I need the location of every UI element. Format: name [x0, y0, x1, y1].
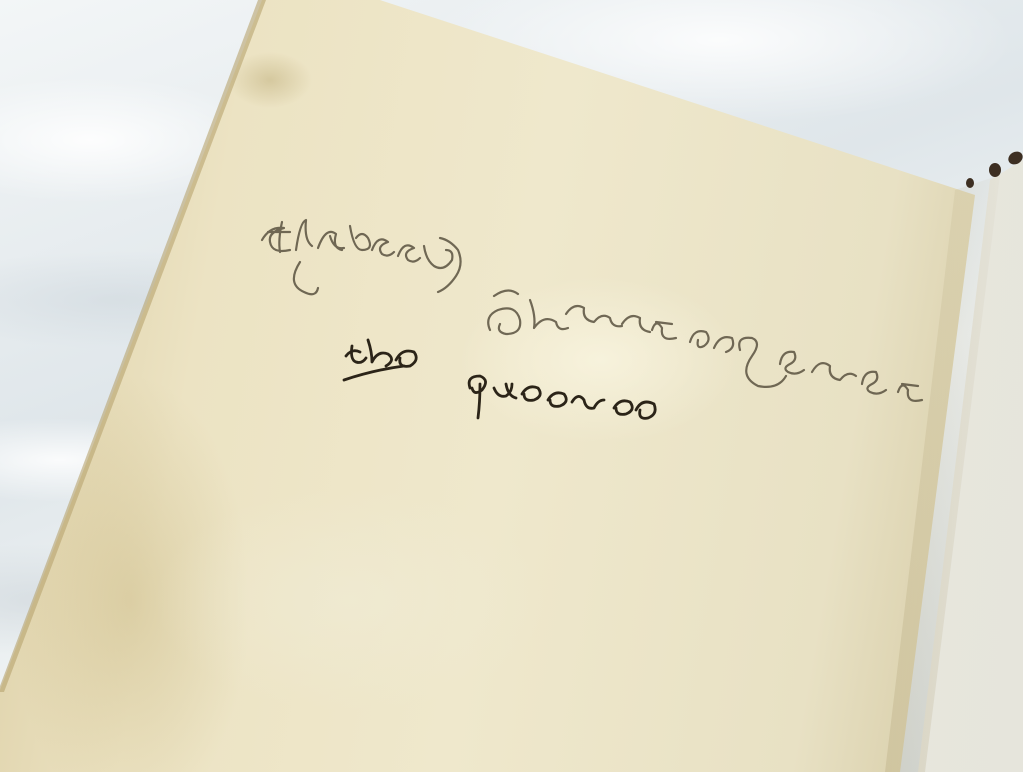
binding-thread-knot: [989, 163, 1001, 177]
photo-scene: Elizabeth Plantagenet the queene: [0, 0, 1023, 772]
binding-thread-knot: [966, 178, 974, 188]
